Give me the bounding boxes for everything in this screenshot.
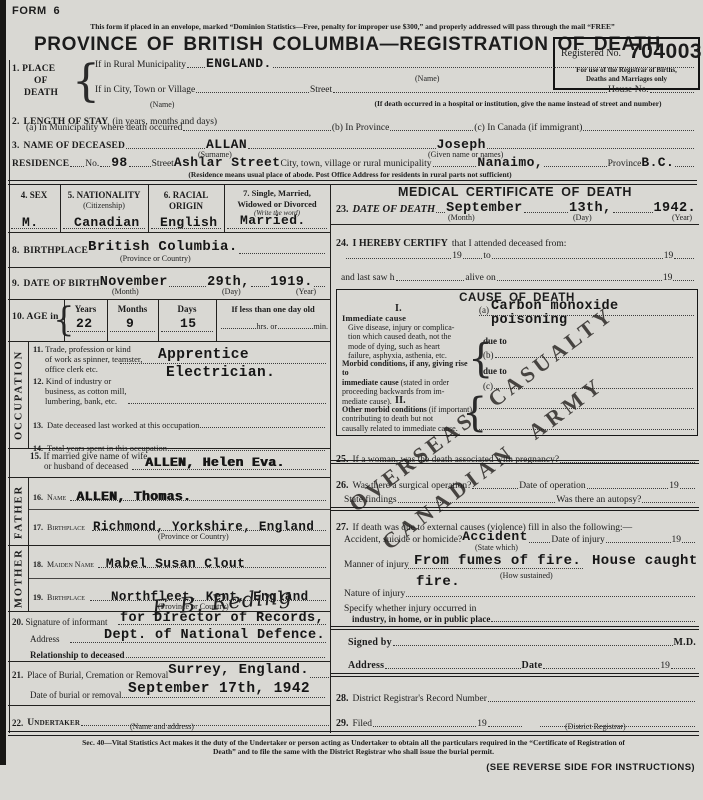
- s24-certify-bold: I HEREBY CERTIFY: [353, 238, 448, 249]
- s11-text1: Trade, profession or kind: [45, 344, 131, 354]
- dotted-line: [472, 486, 518, 489]
- dotted-line: [650, 90, 694, 93]
- s10-less-label: If less than one day old: [218, 304, 328, 315]
- dotted-line: [543, 666, 659, 669]
- dotted-line: [346, 256, 451, 259]
- dotted-line: [497, 278, 662, 281]
- rule: [331, 673, 699, 677]
- dotted-line: [110, 331, 155, 332]
- s10-months-label: Months: [107, 304, 158, 315]
- s2-no: 2.: [12, 117, 20, 127]
- s11-label: 11. Trade, profession or kind of work as…: [33, 344, 143, 374]
- s24-yr1: 19: [452, 251, 462, 261]
- registrar-note-line2: Deaths and Marriages only: [555, 75, 698, 83]
- s24-lastsaw-label: and last saw h: [341, 273, 395, 283]
- rule: [331, 224, 699, 225]
- dotted-line: [390, 128, 473, 131]
- dotted-line: [118, 624, 326, 625]
- s1-label-of: OF: [34, 76, 48, 86]
- s13-label: Date deceased last worked at this occupa…: [47, 420, 199, 430]
- dotted-line: [278, 326, 313, 329]
- s10-days-value: 15: [180, 317, 196, 330]
- s21-no: 21.: [12, 670, 23, 680]
- s9-year-hint: (Year): [296, 287, 316, 296]
- dotted-line: [70, 642, 326, 643]
- s5-label: NATIONALITY: [77, 190, 141, 200]
- residence-line: RESIDENCE No. 98 Street Ashlar Street Ci…: [12, 156, 695, 169]
- s10-hrs-label: hrs. or: [257, 322, 277, 331]
- dotted-line: [492, 256, 663, 259]
- s16-value: ALLEN, Thomas.: [76, 489, 191, 504]
- s23-year-hint: (Year): [672, 213, 692, 222]
- bottom-rule: [8, 731, 699, 736]
- s3-label: NAME OF DECEASED: [24, 141, 126, 151]
- s1-rural-label: If in Rural Municipality: [95, 60, 186, 70]
- cause-note1-l3: mode of dying, such as heart: [348, 342, 474, 351]
- s29-filed-label: Filed: [353, 719, 373, 729]
- s12-no: 12.: [33, 376, 44, 386]
- s5-hint: (Citizenship): [62, 201, 146, 211]
- residence-note: (Residence means usual place of abode. P…: [60, 171, 640, 180]
- s17-label: Birthplace: [47, 523, 85, 532]
- s18-value: Mabel Susan Clout: [106, 556, 245, 571]
- s24-lastsaw-line: and last saw h alive on 19: [341, 273, 695, 283]
- dotted-line: [680, 486, 695, 489]
- s23-no: 23.: [336, 204, 349, 215]
- cause-note1: Give disease, injury or complica- tion w…: [348, 323, 474, 361]
- s8-no: 8.: [12, 246, 20, 256]
- residence-street-value: Ashlar Street: [174, 156, 281, 169]
- dotted-line: [544, 164, 607, 167]
- s19-label: Birthplace: [47, 593, 85, 602]
- s26-no: 26.: [336, 480, 349, 491]
- dotted-line: [613, 210, 653, 213]
- s26-autopsy-label: Was there an autopsy?: [556, 495, 641, 505]
- dotted-line: [524, 210, 568, 213]
- s27-manner-label: Manner of injury: [344, 560, 409, 570]
- s7-value: Married.: [240, 214, 306, 227]
- residence-prov-label: Province: [608, 159, 642, 169]
- father-side-label: FATHER: [10, 477, 28, 546]
- occupation-side-label: OCCUPATION: [10, 341, 28, 448]
- dotted-line: [393, 643, 673, 646]
- s6-label1: RACIAL: [173, 190, 209, 200]
- s1-label-death: DEATH: [24, 88, 58, 98]
- s26-label: Was there a surgical operation?: [353, 481, 472, 491]
- s11-no: 11.: [33, 344, 43, 354]
- s12-text2: business, as cotton mill,: [33, 386, 126, 396]
- dotted-line: [463, 256, 483, 259]
- s20-address-label: Address: [30, 634, 60, 644]
- dotted-line: [128, 403, 326, 404]
- s1-city-line: If in City, Town or Village Street House…: [95, 85, 695, 95]
- dotted-line: [673, 278, 694, 281]
- s22-hint: (Name and address): [130, 722, 194, 731]
- s7-label2: Widowed or Divorced: [226, 199, 328, 210]
- s24-certify-rest: that I attended deceased from:: [452, 239, 566, 249]
- s2-a-label: (a) In Municipality where death occurred: [26, 123, 182, 133]
- dotted-line: [310, 675, 329, 678]
- dotted-line: [398, 500, 556, 503]
- s22-label: Undertaker: [27, 718, 80, 728]
- mother-side-label: MOTHER: [10, 545, 28, 611]
- dotted-line: [406, 594, 695, 597]
- cause-note3-l1a: Other morbid conditions: [342, 405, 427, 414]
- s19-no: 19.: [33, 593, 43, 602]
- s2-b-label: (b) In Province: [332, 123, 390, 133]
- dotted-line: [488, 724, 522, 727]
- dotted-line: [11, 228, 57, 229]
- s23-month-hint: (Month): [448, 213, 475, 222]
- s5-no: 5.: [68, 190, 75, 200]
- s21-label: Place of Burial, Cremation or Removal: [27, 670, 168, 680]
- column-divider: [330, 184, 331, 733]
- s15-label2: or husband of deceased: [44, 461, 128, 471]
- dotted-line: [100, 164, 110, 167]
- s15-no: 15.: [30, 451, 41, 461]
- s6-header: 6. RACIAL ORIGIN: [150, 190, 222, 213]
- form-number: FORM 6: [12, 5, 60, 17]
- s10-years-label: Years: [64, 304, 107, 315]
- reverse-side-note: (SEE REVERSE SIDE FOR INSTRUCTIONS): [335, 762, 695, 773]
- s27-nature-label: Nature of injury: [344, 589, 405, 599]
- s27-ash-value: Accident: [462, 530, 528, 543]
- s27-ash-hint: (State which): [475, 543, 518, 552]
- s7-no: 7.: [243, 188, 249, 198]
- s15-l1: If married give name of wife: [44, 451, 148, 461]
- s9-month-hint: (Month): [112, 287, 139, 296]
- cause-note2: Morbid conditions, if any, giving rise t…: [342, 359, 476, 406]
- residence-no-value: 98: [111, 156, 127, 169]
- s27-yr1: 19: [672, 535, 682, 545]
- s1-city-name-hint: (Name): [150, 100, 174, 109]
- s7-label1: Single, Married,: [252, 188, 311, 198]
- signed-yr: 19: [660, 661, 670, 671]
- s20-typed-line2: Dept. of National Defence.: [104, 629, 325, 643]
- s1-city-label: If in City, Town or Village: [95, 85, 195, 95]
- cause-note2-l2b: (stated in order: [401, 378, 449, 387]
- s4-header: 4. SEX: [10, 190, 58, 201]
- s18-line: 18. Maiden Name Mabel Susan Clout: [33, 554, 245, 572]
- dotted-line: [200, 425, 325, 428]
- dotted-line: [396, 278, 465, 281]
- residence-city-label: City, town, village or rural municipalit…: [280, 159, 431, 169]
- s29-yr: 19: [477, 719, 487, 729]
- s29-no: 29.: [336, 718, 349, 729]
- signed-address-label: Address: [348, 660, 384, 671]
- residence-label: RESIDENCE: [12, 159, 69, 169]
- dotted-line: [248, 146, 436, 149]
- s26-findings-label: State findings: [344, 495, 397, 505]
- s1-house-label: House No.: [608, 85, 649, 95]
- s24-no: 24.: [336, 238, 349, 249]
- s10-no: 10.: [12, 312, 24, 322]
- s24-aliveon-label: alive on: [465, 273, 495, 283]
- dotted-line: [671, 666, 695, 669]
- s5-header: 5. NATIONALITY (Citizenship): [62, 190, 146, 211]
- s20-relationship-label: Relationship to deceased: [30, 650, 125, 660]
- s2-line: (a) In Municipality where death occurred…: [26, 123, 695, 133]
- s17-no: 17.: [33, 523, 43, 532]
- residence-prov-value: B.C.: [641, 156, 674, 169]
- s28-line: 28. District Registrar's Record Number: [336, 686, 696, 704]
- dotted-line: [221, 326, 256, 329]
- dotted-line: [98, 567, 326, 568]
- residence-no-label: No.: [85, 159, 99, 169]
- s23-day-hint: (Day): [573, 213, 592, 222]
- s24-to: to: [483, 251, 490, 261]
- s27-manner-value3: fire.: [416, 575, 460, 589]
- occupation-value-line2: Electrician.: [166, 366, 275, 381]
- dotted-line: [251, 284, 270, 287]
- dotted-line: [385, 666, 520, 669]
- s21-date-label: Date of burial or removal: [30, 690, 121, 700]
- s21-place-value: Surrey, England.: [168, 663, 309, 677]
- s20-label-line: 20. Signature of informant: [12, 617, 107, 627]
- s27-spec2: industry, in home, or in public place: [352, 614, 490, 624]
- s16-line: 16. Name ALLEN, Thomas.: [33, 487, 191, 505]
- signed-line: Signed by M.D.: [348, 637, 696, 648]
- dotted-line: [92, 530, 326, 531]
- cause-immediate-label: Immediate cause: [342, 313, 406, 323]
- cause-note1-l2: tion which caused death, not the: [348, 332, 474, 341]
- cause-a-label: (a): [479, 305, 489, 315]
- s27-manner-hint: (How sustained): [500, 571, 553, 580]
- dotted-line: [488, 699, 695, 702]
- dotted-line: [606, 540, 671, 543]
- rule: [331, 507, 699, 511]
- s27-manner-value1: From fumes of fire.: [414, 554, 581, 568]
- s3-line: 3. NAME OF DECEASED ALLAN Joseph: [12, 133, 695, 151]
- s8-label: BIRTHPLACE: [24, 246, 88, 256]
- s21-line: 21. Place of Burial, Cremation or Remova…: [12, 662, 330, 680]
- dotted-line: [187, 65, 205, 68]
- signed-md: M.D.: [674, 637, 696, 648]
- dotted-line: [408, 568, 583, 569]
- residence-street-label: Street: [152, 159, 174, 169]
- death-certificate-scan: FORM 6 This form if placed in an envelop…: [0, 0, 703, 800]
- rule: [8, 477, 330, 478]
- dotted-line: [63, 228, 145, 229]
- dotted-line: [373, 724, 476, 727]
- residence-city-value: Nanaimo,: [477, 156, 543, 169]
- rule: [8, 341, 330, 342]
- dotted-line: [529, 540, 551, 543]
- s9-line: 9. DATE OF BIRTH November 29th, 1919.: [12, 271, 326, 289]
- dotted-line: [70, 164, 84, 167]
- cause-note2-l1: Morbid conditions, if any, giving rise t…: [342, 359, 468, 377]
- s24-yr2: 19: [664, 251, 674, 261]
- s11-text3: office clerk etc.: [33, 364, 143, 374]
- dotted-line: [583, 128, 694, 131]
- s1-label-place: PLACE: [22, 64, 55, 74]
- dotted-line: [70, 500, 326, 501]
- rule: [8, 267, 330, 268]
- s17-hint: (Province or Country): [158, 532, 229, 541]
- signed-label: Signed by: [348, 637, 392, 648]
- dotted-line: [433, 164, 477, 167]
- footer-sec40-line2: Death” and to file the same with the Dis…: [10, 748, 697, 757]
- rule: [331, 626, 699, 630]
- cause-b-line: (b): [483, 350, 694, 360]
- s23-label: DATE OF DEATH: [353, 204, 436, 215]
- dotted-line: [333, 90, 607, 93]
- dotted-line: [682, 540, 695, 543]
- dotted-line: [479, 429, 694, 430]
- s20-label: Signature of informant: [26, 617, 108, 627]
- occupation-cell-divider: [28, 341, 29, 448]
- dotted-line: [491, 619, 695, 622]
- s10-hrs-line: hrs. or min.: [220, 322, 328, 331]
- s16-no: 16.: [33, 493, 43, 502]
- cause-dueto2: due to: [483, 366, 507, 376]
- s4-label: SEX: [30, 190, 48, 200]
- s10-min-label: min.: [314, 322, 328, 331]
- s24-from-line: 19 to 19: [345, 251, 695, 261]
- s22-no: 22.: [12, 718, 23, 728]
- s26-line: 26. Was there a surgical operation? Date…: [336, 473, 696, 491]
- dotted-line: [227, 228, 327, 229]
- s1-no: 1.: [12, 64, 20, 74]
- dotted-line: [183, 128, 330, 131]
- rule: [28, 509, 330, 510]
- s1-rural-value: ENGLAND.: [206, 57, 272, 70]
- s13-no: 13.: [33, 421, 43, 430]
- s12-text1: Kind of industry or: [46, 376, 111, 386]
- dotted-line: [642, 500, 695, 503]
- dotted-line: [129, 164, 151, 167]
- s24-label-line: 24. I HEREBY CERTIFY that I attended dec…: [336, 233, 566, 251]
- dotted-line: [587, 486, 669, 489]
- dotted-line: [126, 146, 205, 149]
- s10-years-value: 22: [76, 317, 92, 330]
- s10-label-line: 10. AGE in: [12, 312, 59, 322]
- cause-note1-l1: Give disease, injury or complica-: [348, 323, 474, 332]
- s26-date-label: Date of operation: [519, 481, 585, 491]
- dotted-line: [120, 363, 326, 364]
- s10-months-value: 9: [126, 317, 134, 330]
- rule: [331, 460, 699, 464]
- rule: [28, 578, 330, 579]
- s24-yr3: 19: [663, 273, 673, 283]
- s27-ash-label: Accident, suicide or homicide?: [344, 535, 462, 545]
- s21-date-line: Date of burial or removal: [30, 690, 326, 700]
- s18-no: 18.: [33, 560, 43, 569]
- s20-relationship-line: Relationship to deceased: [30, 650, 326, 660]
- cause-note2-l3: proceeding backwards from im-: [342, 387, 476, 396]
- s9-no: 9.: [12, 279, 20, 289]
- dotted-line: [126, 655, 326, 658]
- s27-accident-line: Accident, suicide or homicide? Accident …: [344, 532, 696, 545]
- s2-c-label: (c) In Canada (if immigrant): [474, 123, 582, 133]
- dotted-line: [487, 146, 694, 149]
- s4-no: 4.: [21, 190, 28, 200]
- s6-no: 6.: [164, 190, 171, 200]
- s8-value: British Columbia.: [88, 240, 238, 254]
- s29-line: 29. Filed 19: [336, 711, 696, 729]
- occupation-value-line1: Apprentice: [158, 348, 249, 363]
- rule: [8, 232, 330, 233]
- s9-label: DATE OF BIRTH: [24, 279, 100, 289]
- dotted-line: [122, 695, 325, 698]
- dotted-line: [675, 164, 694, 167]
- rule: [8, 448, 330, 449]
- dotted-line: [67, 331, 105, 332]
- s29-hint: (District Registrar): [565, 722, 626, 731]
- dotted-line: [239, 251, 325, 254]
- s18-label: Maiden Name: [47, 560, 94, 569]
- dotted-line: [161, 331, 213, 332]
- cause-b-label: (b): [483, 350, 494, 360]
- rule: [8, 545, 330, 546]
- dotted-line: [273, 65, 694, 68]
- s1-street-label: Street: [310, 85, 332, 95]
- s26-findings-line: State findings Was there an autopsy?: [344, 495, 696, 505]
- dotted-line: [151, 228, 221, 229]
- s10-days-label: Days: [158, 304, 216, 315]
- signed-address-line: Address Date 19: [348, 660, 696, 671]
- s6-label2: ORIGIN: [150, 201, 222, 212]
- s15-label1: 15. If married give name of wife: [30, 451, 147, 461]
- signed-date-label: Date: [522, 660, 543, 671]
- dotted-line: [81, 723, 329, 726]
- dotted-line: [674, 256, 694, 259]
- s20-no: 20.: [12, 617, 23, 627]
- s16-label: Name: [47, 493, 66, 502]
- s23-line: 23. DATE OF DEATH September 13th, 1942.: [336, 197, 696, 215]
- dotted-line: [196, 90, 309, 93]
- s12-text3: lumbering, bank, etc.: [33, 396, 126, 406]
- s1-name-hint: (Name): [415, 74, 439, 83]
- s9-day-hint: (Day): [222, 287, 241, 296]
- s27-spec2-line: industry, in home, or in public place: [352, 614, 696, 624]
- dotted-line: [169, 284, 206, 287]
- scan-edge-bar: [0, 0, 6, 765]
- s27-nature-line: Nature of injury: [344, 589, 696, 599]
- dotted-line: [132, 469, 326, 470]
- dotted-line: [495, 355, 694, 358]
- s27-manner-value2: House caught: [592, 554, 698, 568]
- rule: [8, 705, 330, 706]
- s27-spec1: Specify whether injury occurred in: [344, 604, 476, 614]
- s1-no-and-label-line1: 1. PLACE: [12, 64, 55, 74]
- s28-no: 28.: [336, 693, 349, 704]
- s1-rural-line: If in Rural Municipality ENGLAND.: [95, 57, 695, 70]
- s1-street-note: (If death occurred in a hospital or inst…: [338, 100, 698, 109]
- s13-line: 13. Date deceased last worked at this oc…: [33, 412, 326, 430]
- s8-hint: (Province or Country): [120, 254, 191, 263]
- mail-note: This form if placed in an envelope, mark…: [20, 23, 685, 32]
- s3-no: 3.: [12, 141, 20, 151]
- s26-yr: 19: [669, 481, 679, 491]
- s12-label: 12. Kind of industry or business, as cot…: [33, 376, 126, 406]
- dotted-line: [436, 210, 445, 213]
- cause-note2-l2a: immediate cause: [342, 378, 399, 387]
- s28-label: District Registrar's Record Number: [353, 694, 487, 704]
- s15-value: ALLEN, Helen Eva.: [145, 456, 284, 469]
- father-cell-divider: [28, 477, 29, 546]
- s27-doi-label: Date of injury: [551, 535, 604, 545]
